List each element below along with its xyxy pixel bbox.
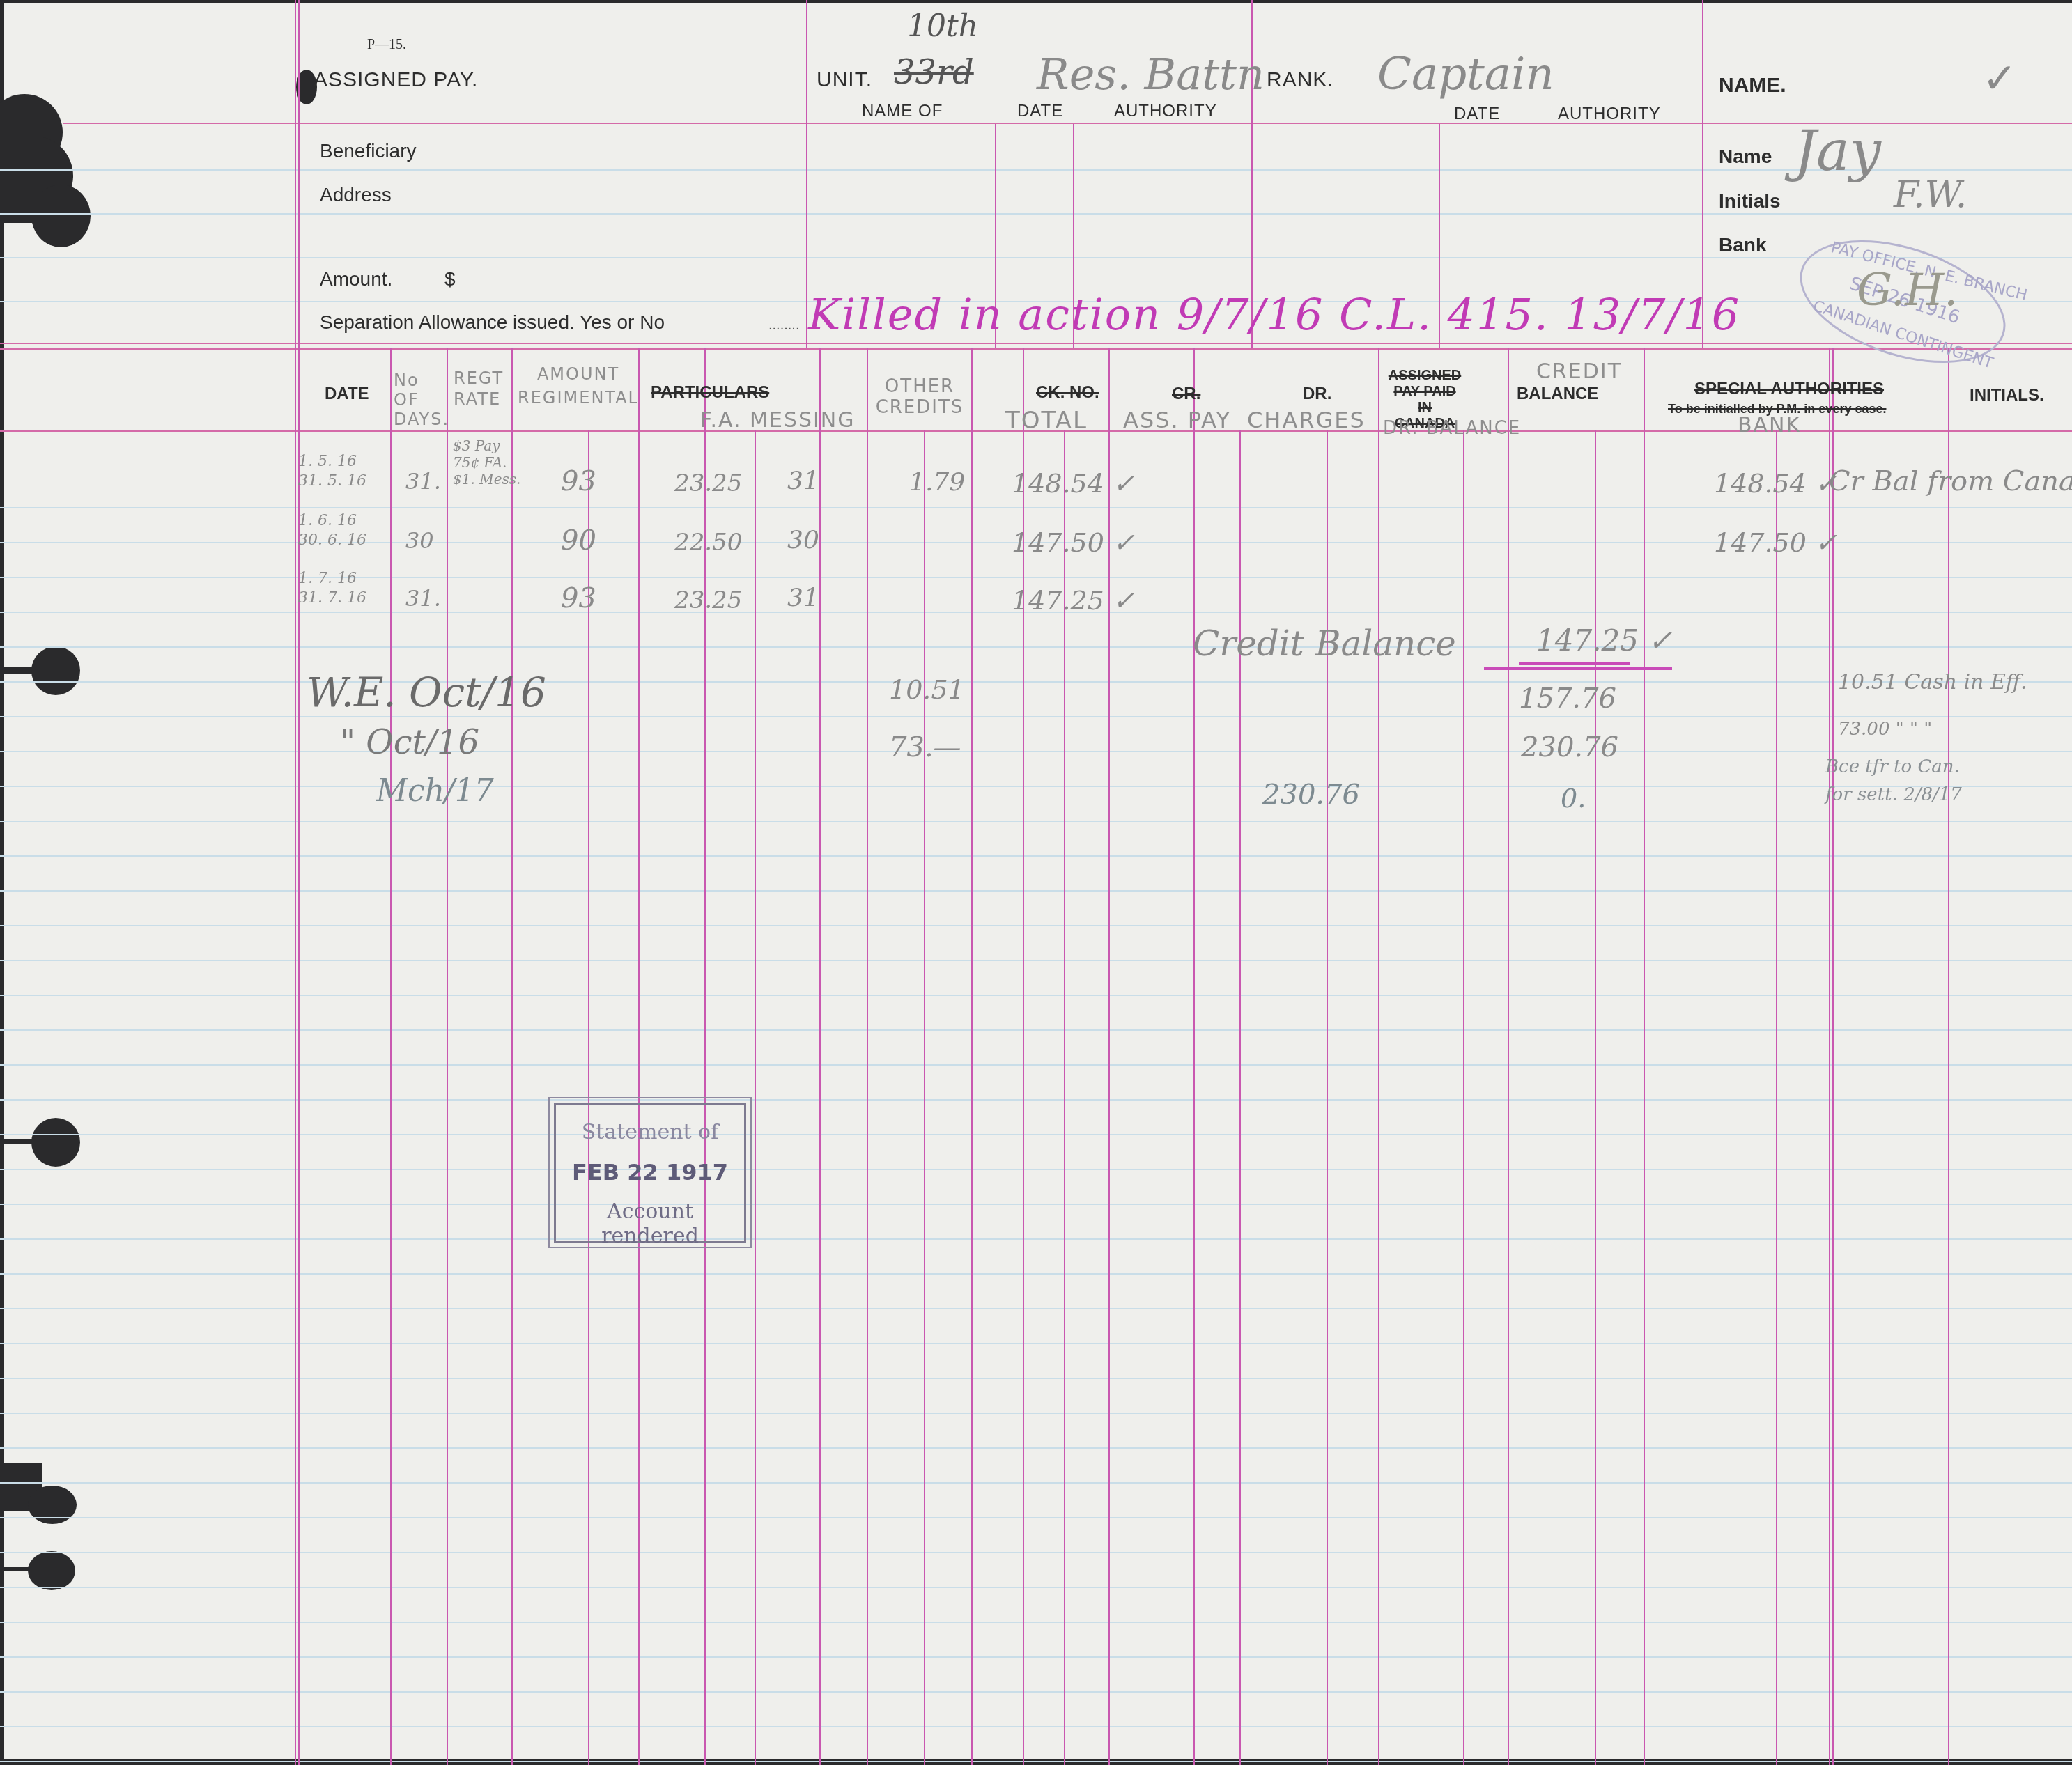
blue-rule xyxy=(0,751,2072,752)
row-days: 31. xyxy=(405,585,441,612)
blue-rule xyxy=(0,890,2072,892)
row-regimental: 93 xyxy=(561,582,596,614)
form-number: P—15. xyxy=(367,37,406,53)
credit-balance-underline-2 xyxy=(1484,667,1672,670)
initials-handwritten: F.W. xyxy=(1894,174,1967,216)
col-particulars-header: PARTICULARS xyxy=(651,383,769,403)
later-row-other-credits: 73.— xyxy=(889,731,961,763)
blue-rule xyxy=(0,213,2072,215)
later-row-note: Bce tfr to Can. xyxy=(1825,756,1960,777)
row-messing: 31 xyxy=(787,467,819,495)
form-title: ASSIGNED PAY. xyxy=(314,68,478,92)
blue-rule xyxy=(0,925,2072,926)
blue-rule xyxy=(0,1622,2072,1623)
row-fa: 23.25 xyxy=(674,586,742,614)
col-bank-handwritten: BANK xyxy=(1738,413,1801,437)
blue-rule xyxy=(0,1308,2072,1309)
blue-rule xyxy=(0,1413,2072,1414)
unit-number-struck: 33rd xyxy=(894,53,974,92)
row-days: 31. xyxy=(405,468,441,495)
blue-rule xyxy=(0,1273,2072,1275)
column-rule xyxy=(511,348,513,1765)
credit-balance-label: Credit Balance xyxy=(1193,623,1456,664)
left-margin-rule xyxy=(295,0,296,1765)
column-rule xyxy=(755,430,756,1765)
statement-stamp-date: FEB 22 1917 xyxy=(556,1159,744,1185)
row-total: 148.54 ✓ xyxy=(1012,468,1135,499)
col-days-handwritten: No OF DAYS. xyxy=(394,371,444,429)
column-rule xyxy=(390,348,392,1765)
blue-rule xyxy=(0,1482,2072,1484)
row-regimental: 90 xyxy=(561,524,596,557)
col-dr-balance-handwritten: DR. BALANCE xyxy=(1383,418,1521,439)
separation-dots: ........ xyxy=(768,318,799,334)
pay-office-initials: G.H. xyxy=(1857,265,1958,316)
row-date-to: 31. 7. 16 xyxy=(298,589,366,607)
rate-note-fa: 75¢ FA. xyxy=(453,454,507,471)
col-dr-header: DR. xyxy=(1303,384,1331,404)
col-regimental-handwritten: AMOUNT REGIMENTAL xyxy=(516,362,641,410)
blue-rule xyxy=(0,646,2072,648)
blue-rule xyxy=(0,855,2072,857)
row-authority: Cr Bal from Canada xyxy=(1829,465,2072,497)
later-row-note: 10.51 Cash in Eff. xyxy=(1838,670,2027,694)
column-rule xyxy=(1948,348,1949,1765)
row-bank: 148.54 ✓ xyxy=(1714,468,1837,499)
binder-tab xyxy=(0,667,42,674)
blue-rule xyxy=(0,1029,2072,1031)
unit-name-handwritten: Res. Battn xyxy=(1037,49,1265,100)
surname-handwritten: Jay xyxy=(1794,118,1881,183)
blue-rule xyxy=(0,1064,2072,1066)
row-date-from: 1. 7. 16 xyxy=(298,570,357,587)
ledger-sheet xyxy=(4,3,2072,1759)
row-fa: 22.50 xyxy=(674,529,742,557)
blue-rule xyxy=(0,995,2072,996)
unit-label: UNIT. xyxy=(817,68,872,92)
column-rule xyxy=(588,430,589,1765)
header-bottom-rule-2 xyxy=(0,348,2072,350)
blue-rule xyxy=(0,1099,2072,1101)
column-rule xyxy=(447,348,448,1765)
blue-rule xyxy=(0,1204,2072,1205)
separation-allowance-label: Separation Allowance issued. Yes or No xyxy=(320,311,665,334)
later-row-date: " Oct/16 xyxy=(340,723,479,762)
binder-tab xyxy=(0,1139,42,1144)
blue-rule xyxy=(0,507,2072,508)
unit-section-rule xyxy=(806,0,807,348)
row-date-to: 30. 6. 16 xyxy=(298,531,366,549)
killed-in-action-note: Killed in action 9/7/16 C.L. 415. 13/7/1… xyxy=(808,289,1740,340)
bank-field-label: Bank xyxy=(1719,234,1766,256)
column-rule xyxy=(1644,348,1645,1765)
later-row-date: W.E. Oct/16 xyxy=(307,669,546,716)
col-fa-messing-handwritten: F.A. MESSING xyxy=(700,408,856,433)
col-date-header: DATE xyxy=(325,384,369,404)
later-row-note: 73.00 " " " xyxy=(1838,719,1932,740)
column-rule xyxy=(1193,348,1195,1765)
name-field-label: Name xyxy=(1719,146,1772,168)
header-bottom-rule xyxy=(0,343,2072,344)
rank-date-label: DATE xyxy=(1454,104,1500,124)
col-charges-handwritten: CHARGES xyxy=(1247,407,1366,433)
later-row-balance: 0. xyxy=(1561,783,1586,814)
column-rule xyxy=(704,348,706,1765)
blue-rule xyxy=(0,1552,2072,1553)
rate-note-pay: $3 Pay xyxy=(453,437,500,454)
row-date-from: 1. 5. 16 xyxy=(298,453,357,470)
unit-authority-label: AUTHORITY xyxy=(1114,102,1217,121)
unit-number-correction: 10th xyxy=(907,8,978,44)
column-rule xyxy=(1829,348,1830,1765)
blue-rule xyxy=(0,257,2072,258)
check-mark: ✓ xyxy=(1982,54,2017,103)
later-row-note: for sett. 2/8/17 xyxy=(1825,784,1962,805)
col-ass-pay-handwritten: ASS. PAY xyxy=(1123,407,1231,433)
rate-note-mess: $1. Mess. xyxy=(453,471,520,488)
col-total-handwritten: TOTAL xyxy=(1005,407,1088,435)
blue-rule xyxy=(0,1447,2072,1449)
blue-rule xyxy=(0,1169,2072,1170)
blue-rule xyxy=(0,960,2072,961)
column-rule xyxy=(1378,348,1379,1765)
row-regimental: 93 xyxy=(561,465,596,497)
beneficiary-label: Beneficiary xyxy=(320,140,417,162)
rank-authority-label: AUTHORITY xyxy=(1558,104,1661,124)
later-row-date: Mch/17 xyxy=(376,773,494,809)
blue-rule xyxy=(0,1378,2072,1379)
blue-rule xyxy=(0,169,2072,171)
address-label: Address xyxy=(320,184,392,206)
col-initials-header: INITIALS. xyxy=(1970,386,2044,405)
later-row-charges: 230.76 xyxy=(1262,779,1360,811)
amount-dollar-sign: $ xyxy=(444,268,456,290)
binder-tab xyxy=(0,1567,42,1571)
binder-tab xyxy=(0,108,42,223)
later-row-other-credits: 10.51 xyxy=(889,674,965,705)
row-fa: 23.25 xyxy=(674,469,742,497)
blue-rule xyxy=(0,1238,2072,1240)
col-other-credits-handwritten: OTHER CREDITS xyxy=(871,376,968,418)
rank-handwritten: Captain xyxy=(1377,49,1554,100)
blue-rule xyxy=(0,821,2072,822)
column-rule xyxy=(819,348,821,1765)
rank-label: RANK. xyxy=(1267,68,1334,92)
column-rule xyxy=(1508,348,1509,1765)
col-credit-handwritten: CREDIT xyxy=(1536,359,1622,384)
name-header: NAME. xyxy=(1719,74,1786,98)
blue-rule xyxy=(0,1343,2072,1344)
initials-field-label: Initials xyxy=(1719,190,1781,212)
row-bank: 147.50 ✓ xyxy=(1714,527,1837,558)
col-cr-header: CR. xyxy=(1172,384,1200,404)
statement-stamp-line1: Statement of xyxy=(556,1120,744,1144)
blue-rule xyxy=(0,1587,2072,1588)
column-rule xyxy=(867,348,868,1765)
blue-rule xyxy=(0,1691,2072,1693)
amount-label: Amount. xyxy=(320,268,392,290)
blue-rule xyxy=(0,1761,2072,1762)
column-rule xyxy=(1023,348,1024,1765)
col-ck-no-header: CK. NO. xyxy=(1036,383,1099,403)
row-date-to: 31. 5. 16 xyxy=(298,472,366,490)
row-other-credits: 1.79 xyxy=(909,468,965,497)
blue-rule xyxy=(0,786,2072,787)
column-rule xyxy=(1776,430,1777,1765)
statement-stamp: Statement of FEB 22 1917 Account rendere… xyxy=(554,1103,746,1243)
blue-rule xyxy=(0,1517,2072,1518)
row-total: 147.25 ✓ xyxy=(1012,585,1135,616)
column-rule xyxy=(638,348,640,1765)
column-rule xyxy=(924,430,925,1765)
row-total: 147.50 ✓ xyxy=(1012,527,1135,558)
col-balance-header: BALANCE xyxy=(1517,384,1598,404)
credit-balance-value: 147.25 ✓ xyxy=(1536,623,1673,658)
blue-rule xyxy=(0,1134,2072,1135)
column-rule xyxy=(1463,430,1464,1765)
column-rule xyxy=(971,348,973,1765)
unit-date-label: DATE xyxy=(1017,102,1063,121)
credit-balance-underline xyxy=(1519,662,1630,665)
row-messing: 30 xyxy=(787,526,819,554)
row-messing: 31 xyxy=(787,584,819,612)
col-rate-handwritten: REGT RATE xyxy=(454,368,502,410)
col-special-authorities-header: SPECIAL AUTHORITIES xyxy=(1694,380,1884,399)
unit-name-of-label: NAME OF xyxy=(862,102,943,121)
header-top-rule xyxy=(63,123,2072,124)
column-rule xyxy=(1108,348,1110,1765)
column-rule xyxy=(1064,430,1065,1765)
blue-rule xyxy=(0,716,2072,717)
statement-stamp-line3: Account rendered xyxy=(556,1199,744,1248)
later-row-balance: 230.76 xyxy=(1521,731,1618,763)
row-days: 30 xyxy=(405,527,434,554)
blue-rule xyxy=(0,1656,2072,1658)
blue-rule xyxy=(0,1726,2072,1727)
later-row-balance: 157.76 xyxy=(1519,683,1616,715)
row-date-from: 1. 6. 16 xyxy=(298,512,357,529)
